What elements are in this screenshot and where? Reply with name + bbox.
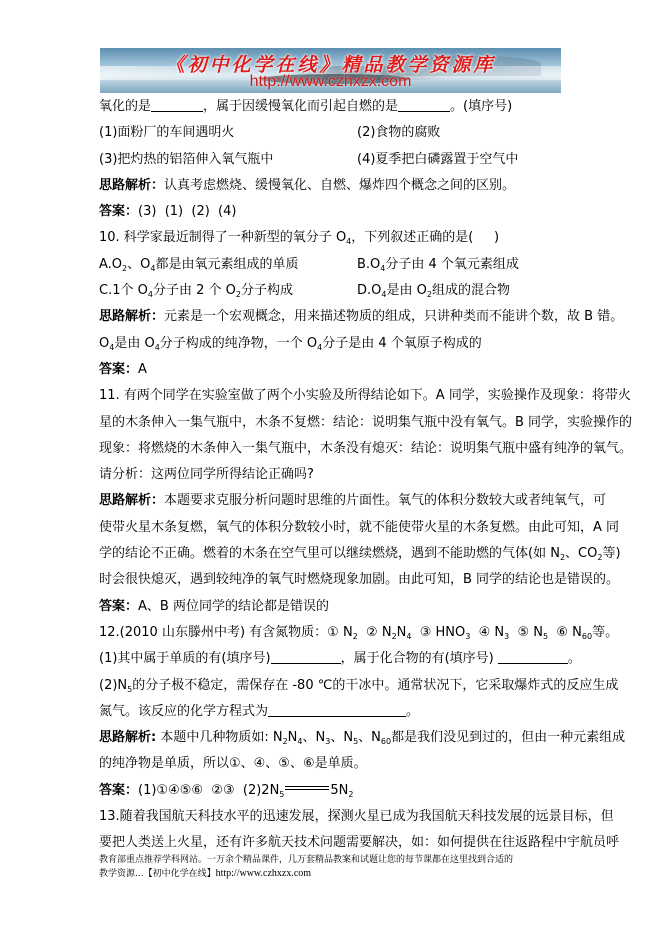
footer-line-2: 教学资源...【初中化学在线】http://www.czhxzx.com: [99, 867, 569, 881]
q12-answer: 答案：(1)①④⑤⑥ ②③ (2)2N55N2: [99, 778, 564, 804]
q9-options-row-1: (1)面粉厂的车间遇明火 (2)食物的腐败: [99, 120, 564, 146]
q12-stem: 12.(2010 山东滕州中考) 有含氮物质：① N2 ② N2N4 ③ HNO…: [99, 620, 564, 646]
q11-analysis-line-3: 学的结论不正确。燃着的木条在空气里可以继续燃烧，遇到不能助燃的气体(如 N2、C…: [99, 541, 564, 567]
answer-blank-2: [398, 97, 450, 112]
q11-stem-line-3: 现象：将燃烧的木条伸入一集气瓶中，木条没有熄灭：结论：说明集气瓶中盛有纯净的氧气…: [99, 436, 564, 462]
footer-line-1: 教育部重点推荐学科网站。一万余个精品课件，几万套精品教案和试题让您的每节课都在这…: [99, 853, 569, 867]
q11-analysis-line-1: 思路解析：本题要求克服分析问题时思维的片面性。氧气的体积分数较大或者纯氧气，可: [99, 488, 564, 514]
q11-stem-line-1: 11. 有两个同学在实验室做了两个小实验及所得结论如下。A 同学，实验操作及现象…: [99, 383, 564, 409]
q10-options-row-1: A.O2、O4都是由氧元素组成的单质 B.O4分子由 4 个氧元素组成: [99, 252, 564, 278]
q9-analysis: 思路解析：认真考虑燃烧、缓慢氧化、自燃、爆炸四个概念之间的区别。: [99, 173, 564, 199]
q12-part-2-line-2: 氮气。该反应的化学方程式为。: [99, 699, 564, 725]
q12-part-2-line-1: (2)N5的分子极不稳定，需保存在 -80 ℃的干冰中。通常状况下，它采取爆炸式…: [99, 673, 564, 699]
q9-stem: 氧化的是，属于因缓慢氧化而引起自燃的是。(填序号): [99, 94, 564, 120]
analysis-label: 思路解析：: [99, 309, 164, 324]
q11-answer: 答案：A、B 两位同学的结论都是错误的: [99, 594, 564, 620]
q9-options-row-2: (3)把灼热的铝箔伸入氧气瓶中 (4)夏季把白磷露置于空气中: [99, 147, 564, 173]
analysis-label: 思路解析：: [99, 493, 164, 508]
q10-option-a: A.O2、O4都是由氧元素组成的单质: [99, 257, 298, 272]
header-banner: 《初中化学在线》精品教学资源库 http://www.czhxzx.com: [100, 48, 561, 93]
footer-url-link[interactable]: http://www.czhxzx.com: [216, 868, 311, 879]
answer-blank-1: [151, 97, 203, 112]
q10-option-d: D.O4是由 O2组成的混合物: [357, 278, 510, 304]
answer-label: 答案：: [99, 783, 138, 798]
q10-option-b: B.O4分子由 4 个氧元素组成: [357, 252, 519, 278]
q10-options-row-2: C.1个 O4分子由 2 个 O2分子构成 D.O4是由 O2组成的混合物: [99, 278, 564, 304]
q12-analysis-line-2: 的纯净物是单质，所以①、④、⑤、⑥是单质。: [99, 751, 564, 777]
q10-answer: 答案：A: [99, 357, 564, 383]
q11-analysis-line-2: 使带火星木条复燃，氧气的体积分数较小时，就不能使带火星的木条复燃。由此可知，A …: [99, 515, 564, 541]
answer-blank-3: [271, 649, 341, 664]
q11-analysis-line-4: 时会很快熄灭，遇到较纯净的氧气时燃烧现象加剧。由此可知，B 同学的结论也是错误的…: [99, 567, 564, 593]
answer-label: 答案：: [99, 599, 138, 614]
q12-part-1: (1)其中属于单质的有(填序号)，属于化合物的有(填序号) 。: [99, 646, 564, 672]
analysis-label: 思路解析：: [99, 178, 164, 193]
q10-stem: 10. 科学家最近制得了一种新型的氧分子 O4，下列叙述正确的是( ): [99, 225, 564, 251]
answer-label: 答案：: [99, 204, 138, 219]
page-footer: 教育部重点推荐学科网站。一万余个精品课件，几万套精品教案和试题让您的每节课都在这…: [99, 853, 569, 881]
analysis-label: 思路解析:: [99, 730, 156, 745]
banner-url: http://www.czhxzx.com: [100, 73, 561, 91]
equation-equals-sign: [285, 786, 329, 790]
answer-label: 答案：: [99, 362, 138, 377]
q10-option-c: C.1个 O4分子由 2 个 O2分子构成: [99, 283, 293, 298]
q13-stem-line-1: 13.随着我国航天科技水平的迅速发展，探测火星已成为我国航天科技发展的远景目标，…: [99, 804, 564, 830]
q11-stem-line-4: 请分析：这两位同学所得结论正确吗?: [99, 462, 564, 488]
q10-analysis-line-2: O4是由 O4分子构成的纯净物，一个 O4分子是由 4 个氧原子构成的: [99, 331, 564, 357]
q9-option-2: (2)食物的腐败: [357, 120, 440, 146]
q10-analysis-line-1: 思路解析：元素是一个宏观概念，用来描述物质的组成，只讲种类而不能讲个数，故 B …: [99, 304, 564, 330]
q9-option-3: (3)把灼热的铝箔伸入氧气瓶中: [99, 152, 273, 167]
q9-option-4: (4)夏季把白磷露置于空气中: [357, 147, 518, 173]
q12-analysis-line-1: 思路解析: 本题中几种物质如: N2N4、N3、N5、N60都是我们没见到过的，…: [99, 725, 564, 751]
answer-blank-5: [268, 702, 406, 717]
answer-blank-4: [498, 649, 568, 664]
document-body: 氧化的是，属于因缓慢氧化而引起自燃的是。(填序号) (1)面粉厂的车间遇明火 (…: [99, 94, 564, 857]
q11-stem-line-2: 星的木条伸入一集气瓶中，木条不复燃：结论：说明集气瓶中没有氧气。B 同学，实验操…: [99, 410, 564, 436]
q9-option-1: (1)面粉厂的车间遇明火: [99, 125, 234, 140]
q9-answer: 答案：(3) (1) (2) (4): [99, 199, 564, 225]
